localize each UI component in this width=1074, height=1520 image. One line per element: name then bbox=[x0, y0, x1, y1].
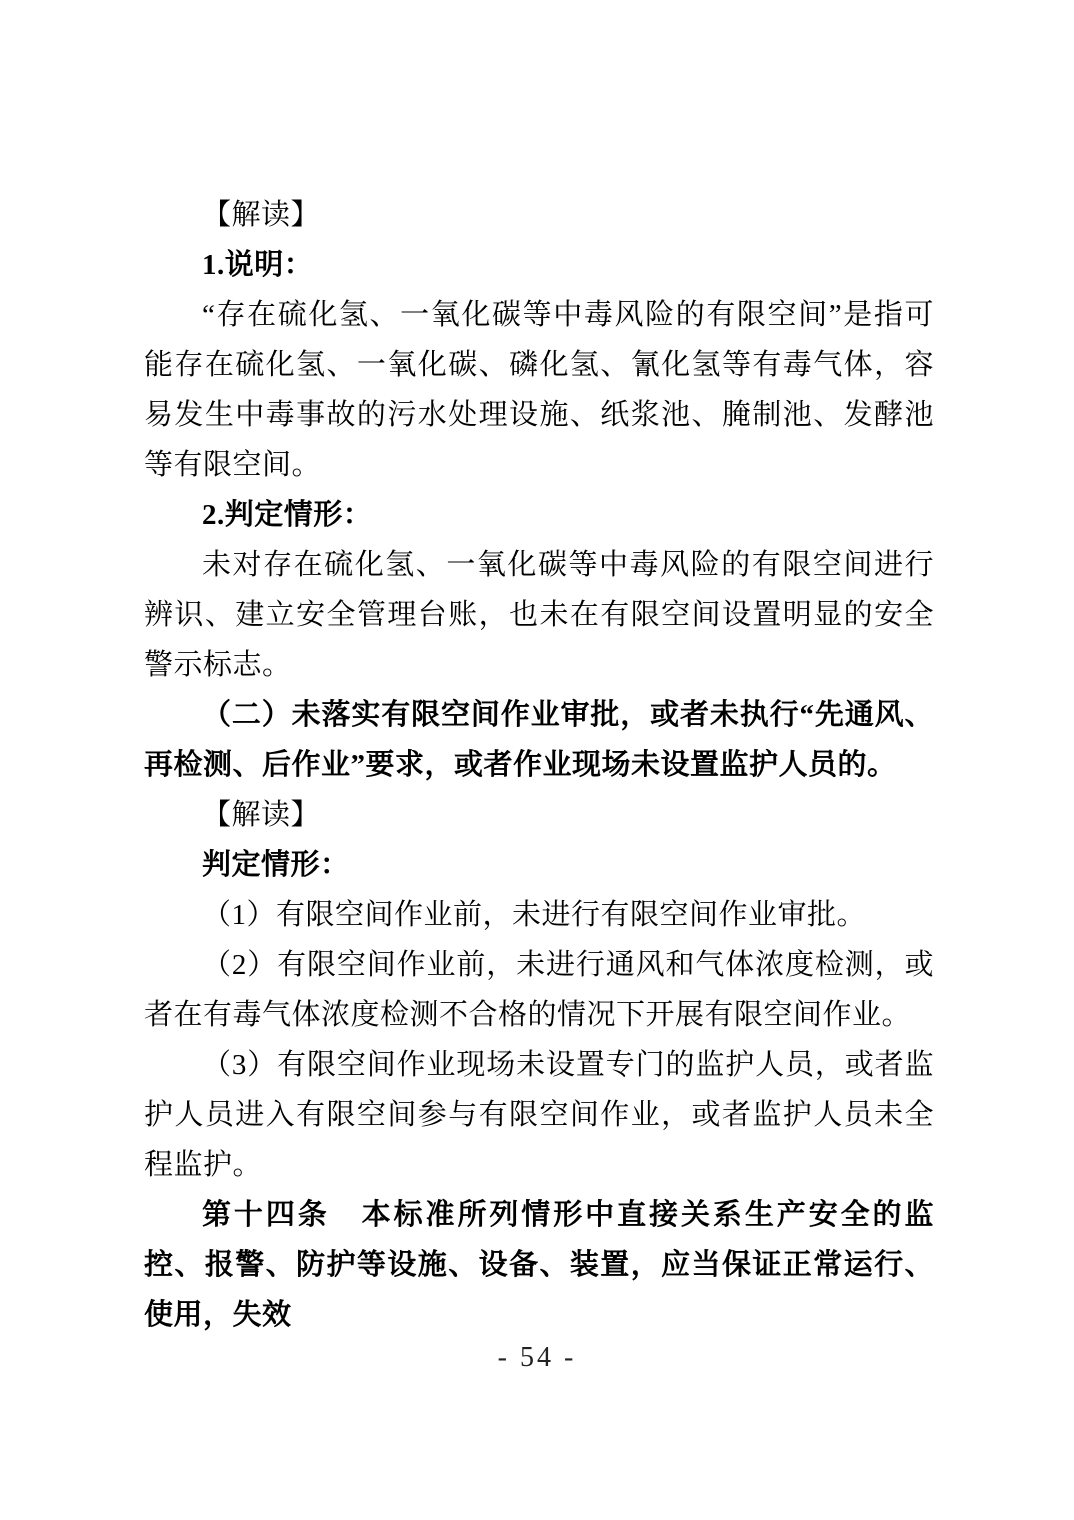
clause-two-bold-paragraph: （二）未落实有限空间作业审批，或者未执行“先通风、再检测、后作业”要求，或者作业… bbox=[144, 690, 934, 790]
determination-paragraph: 未对存在硫化氢、一氧化碳等中毒风险的有限空间进行辨识、建立安全管理台账，也未在有… bbox=[144, 540, 934, 690]
interpretation-bracket-label-2: 【解读】 bbox=[144, 790, 934, 840]
determination-item-1: （1）有限空间作业前，未进行有限空间作业审批。 bbox=[144, 890, 934, 940]
page-number: - 54 - bbox=[0, 1338, 1074, 1378]
document-page: 【解读】 1.说明： “存在硫化氢、一氧化碳等中毒风险的有限空间”是指可能存在硫… bbox=[0, 0, 1074, 1520]
document-body: 【解读】 1.说明： “存在硫化氢、一氧化碳等中毒风险的有限空间”是指可能存在硫… bbox=[144, 190, 934, 1340]
determination-heading: 判定情形： bbox=[144, 840, 934, 890]
explanation-paragraph: “存在硫化氢、一氧化碳等中毒风险的有限空间”是指可能存在硫化氢、一氧化碳、磷化氢… bbox=[144, 290, 934, 490]
interpretation-bracket-label-1: 【解读】 bbox=[144, 190, 934, 240]
item2-determination-heading: 2.判定情形： bbox=[144, 490, 934, 540]
item1-explanation-heading: 1.说明： bbox=[144, 240, 934, 290]
article-14-paragraph: 第十四条 本标准所列情形中直接关系生产安全的监控、报警、防护等设施、设备、装置，… bbox=[144, 1190, 934, 1340]
determination-item-2: （2）有限空间作业前，未进行通风和气体浓度检测，或者在有毒气体浓度检测不合格的情… bbox=[144, 940, 934, 1040]
determination-item-3: （3）有限空间作业现场未设置专门的监护人员，或者监护人员进入有限空间参与有限空间… bbox=[144, 1040, 934, 1190]
